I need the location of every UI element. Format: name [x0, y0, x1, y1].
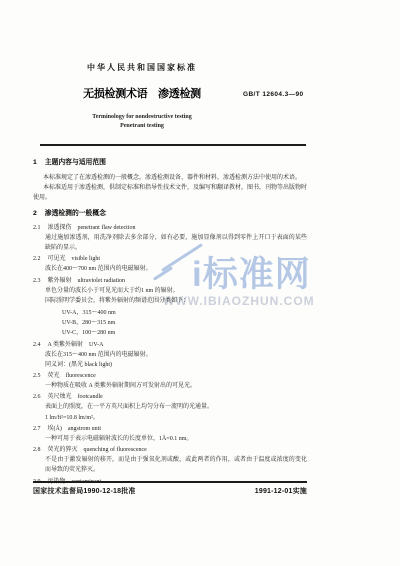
- term-name-en: angstrom unit: [68, 426, 101, 432]
- definition-line: 通过施加渗透剂，用洗净剂除去多余部分，如有必要，施加显像剂以得到零件上开口于表面…: [45, 233, 307, 253]
- term-number: 2.1: [33, 225, 41, 231]
- term-name-en: UV-A: [89, 342, 103, 348]
- footer: 国家技术监督局1990-12-18批准 1991-12-01实施: [33, 486, 307, 496]
- term-name-zh: 英尺烛光: [48, 394, 72, 400]
- definition-line: 一种可用于表示电磁辐射波长的长度单位，1Å=0.1 nm。: [45, 434, 307, 444]
- term-row-2-1: 2.1渗透探伤penetrant flaw detection: [33, 223, 307, 233]
- term-name-zh: 埃(Å): [48, 426, 62, 432]
- definition-line: 一种物质在吸收 A 类紫外辐射期间方可发射出的可见光。: [45, 381, 307, 391]
- term-name-en: footcandle: [78, 394, 103, 400]
- definition-line: 波长在315～400 nm 范围内的电磁辐射。: [45, 350, 307, 360]
- header-country-line: 中华人民共和国国家标准: [36, 62, 248, 73]
- paragraph: 本标准适用于渗透检测，供制定标准和指导性技术文件，及编写和翻译教材，图书，刊物等…: [33, 183, 307, 203]
- definition-line: 1 lm/ft²=10.8 lm/m²。: [45, 413, 307, 423]
- term-number: 2.8: [33, 447, 41, 453]
- definition-line: 国际照明学委员会，将紫外辐射的频谱范围分类如下：: [45, 296, 307, 306]
- term-name-en: penetrant flaw detection: [78, 225, 136, 231]
- paragraph: 本标准规定了在渗透检测的一般概念，渗透检测设备、器件和材料，渗透检测方法中使用的…: [33, 173, 307, 183]
- header-rule: [40, 144, 306, 146]
- section-title: 渗透检测的一般概念: [45, 210, 106, 217]
- section-2-heading: 2渗透检测的一般概念: [33, 209, 307, 219]
- term-number: 2.7: [33, 426, 41, 432]
- section-number: 1: [33, 159, 37, 166]
- section-number: 2: [33, 210, 37, 217]
- document-title: 无损检测术语 渗透检测: [36, 85, 248, 101]
- uv-range-line: UV-C，100～280 nm: [62, 328, 307, 338]
- term-row-2-8: 2.8荧光的猝灭quenching of fluorescence: [33, 445, 307, 455]
- definition-line: 不是由于激发辐射的移开，而是由于强氧化剂或酸，或此两者的作用，或者由于温度或浓度…: [45, 455, 307, 475]
- term-number: 2.5: [33, 373, 41, 379]
- footer-rule: [33, 481, 307, 483]
- uv-range-line: UV-B，280～315 nm: [62, 318, 307, 328]
- standard-number: GB/T 12604.3—90: [243, 91, 304, 98]
- definition-line: 波长在400～700 nm 范围内的电磁辐射。: [45, 264, 307, 274]
- english-subtitle-line2: Penetrant testing: [36, 123, 248, 129]
- term-name-zh: 可见光: [48, 256, 66, 262]
- term-number: 2.3: [33, 278, 41, 284]
- term-row-2-4: 2.4A 类紫外辐射UV-A: [33, 340, 307, 350]
- english-subtitle-line1: Terminology for nondestructive testing: [36, 114, 248, 120]
- definition-line: 同义词：(黑光 black light): [45, 360, 307, 370]
- term-name-zh: A 类紫外辐射: [48, 342, 84, 348]
- definition-line: 表面上的照度，在一平方英尺面积上均匀分布一流明的光通量。: [45, 402, 307, 412]
- approval-text: 国家技术监督局1990-12-18批准: [33, 486, 136, 496]
- definition-line: 单色分量的波长小于可见光而大于约1 nm 的辐射。: [45, 286, 307, 296]
- term-name-en: ultraviolet radiation: [78, 278, 125, 284]
- term-name-zh: 荧光的猝灭: [48, 447, 78, 453]
- term-number: 2.4: [33, 342, 41, 348]
- term-number: 2.6: [33, 394, 41, 400]
- section-title: 主题内容与适用范围: [45, 159, 106, 166]
- document-page: i标准网 WWW.IBIAOZHUN.COM 中华人民共和国国家标准 无损检测术…: [0, 0, 400, 566]
- term-row-2-3: 2.3紫外辐射ultraviolet radiation: [33, 276, 307, 286]
- term-row-2-7: 2.7埃(Å)angstrom unit: [33, 424, 307, 434]
- term-name-en: fluorescence: [66, 373, 96, 379]
- term-number: 2.2: [33, 256, 41, 262]
- uv-range-line: UV-A，315～400 nm: [62, 308, 307, 318]
- document-body: 1主题内容与适用范围 本标准规定了在渗透检测的一般概念，渗透检测设备、器件和材料…: [33, 158, 307, 487]
- term-name-en: visible light: [72, 256, 101, 262]
- term-name-zh: 紫外辐射: [48, 278, 72, 284]
- term-name-en: quenching of fluorescence: [84, 447, 147, 453]
- term-name-zh: 渗透探伤: [48, 225, 72, 231]
- term-name-zh: 荧光: [48, 373, 60, 379]
- section-1-heading: 1主题内容与适用范围: [33, 158, 307, 168]
- term-row-2-5: 2.5荧光fluorescence: [33, 371, 307, 381]
- term-row-2-6: 2.6英尺烛光footcandle: [33, 392, 307, 402]
- effective-date-text: 1991-12-01实施: [255, 486, 307, 496]
- term-row-2-2: 2.2可见光visible light: [33, 254, 307, 264]
